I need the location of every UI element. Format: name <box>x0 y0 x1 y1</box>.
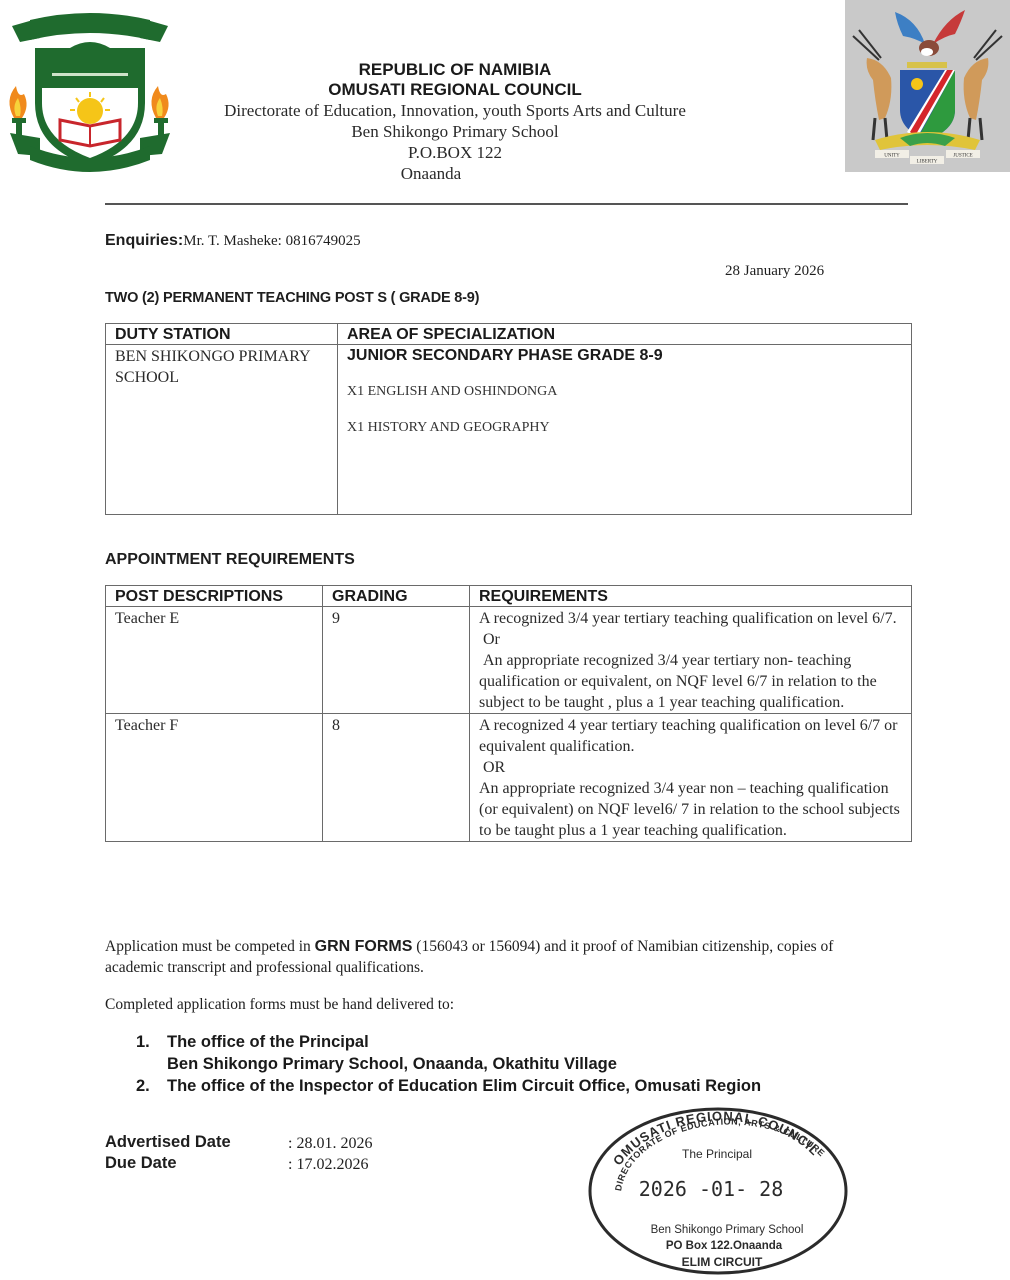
header-town: Onaanda <box>0 164 936 184</box>
duty-station-table: DUTY STATION AREA OF SPECIALIZATION BEN … <box>105 323 912 515</box>
appointment-title: APPOINTMENT REQUIREMENTS <box>105 551 355 569</box>
requirements-table: POST DESCRIPTIONS GRADING REQUIREMENTS T… <box>105 585 912 842</box>
duty-station-value: BEN SHIKONGO PRIMARY SCHOOL <box>106 345 338 515</box>
advertised-date-label: Advertised Date <box>105 1133 231 1152</box>
stamp-circuit: ELIM CIRCUIT <box>682 1255 763 1269</box>
due-date-value: : 17.02.2026 <box>288 1154 368 1175</box>
header-school: Ben Shikongo Primary School <box>0 122 960 142</box>
enquiries: Enquiries:Mr. T. Masheke: 0816749025 <box>105 230 361 252</box>
header-directorate: Directorate of Education, Innovation, yo… <box>0 101 960 121</box>
col-requirements: REQUIREMENTS <box>470 586 912 607</box>
post-grading: 8 <box>323 714 470 842</box>
delivery-item: 1. The office of the Principal Ben Shiko… <box>136 1031 761 1075</box>
header-council: OMUSATI REGIONAL COUNCIL <box>0 80 960 100</box>
req-table-header: POST DESCRIPTIONS GRADING REQUIREMENTS <box>106 586 912 607</box>
col-grading: GRADING <box>323 586 470 607</box>
delivery-list: 1. The office of the Principal Ben Shiko… <box>136 1031 761 1097</box>
requirement-text: A recognized 4 year tertiary teaching qu… <box>479 715 907 757</box>
specialization-title: JUNIOR SECONDARY PHASE GRADE 8-9 <box>347 346 911 365</box>
due-date-label: Due Date <box>105 1154 177 1173</box>
stamp-role: The Principal <box>682 1147 752 1161</box>
post-grading: 9 <box>323 607 470 714</box>
requirement-text: A recognized 3/4 year tertiary teaching … <box>479 608 907 629</box>
header-po-box: P.O.BOX 122 <box>0 143 960 163</box>
requirement-text: An appropriate recognized 3/4 year terti… <box>479 650 907 713</box>
post-name: Teacher F <box>106 714 323 842</box>
table-row: BEN SHIKONGO PRIMARY SCHOOL JUNIOR SECON… <box>106 345 912 515</box>
requirement-or: Or <box>479 629 907 650</box>
post-requirements: A recognized 3/4 year tertiary teaching … <box>470 607 912 714</box>
letter-date: 28 January 2026 <box>725 261 824 282</box>
duty-table-header: DUTY STATION AREA OF SPECIALIZATION <box>106 324 912 345</box>
post-name: Teacher E <box>106 607 323 714</box>
stamp-address: PO Box 122.Onaanda <box>666 1240 783 1252</box>
delivery-intro: Completed application forms must be hand… <box>105 994 454 1015</box>
stamp-date: 2026 -01- 28 <box>639 1177 784 1201</box>
requirement-or: OR <box>479 757 907 778</box>
posts-title: TWO (2) PERMANENT TEACHING POST S ( GRAD… <box>105 290 479 306</box>
header-country: REPUBLIC OF NAMIBIA <box>0 60 960 80</box>
col-post-descriptions: POST DESCRIPTIONS <box>106 586 323 607</box>
grn-forms: GRN FORMS <box>315 938 413 955</box>
requirement-text: An appropriate recognized 3/4 year non –… <box>479 778 907 841</box>
advertised-date-value: : 28.01. 2026 <box>288 1133 372 1154</box>
subject-item: X1 HISTORY AND GEOGRAPHY <box>347 418 911 437</box>
application-instructions: Application must be competed in GRN FORM… <box>105 936 895 978</box>
col-duty-station: DUTY STATION <box>106 324 338 345</box>
enquiries-value: Mr. T. Masheke: 0816749025 <box>183 233 360 249</box>
official-stamp: OMUSATI REGIONAL COUNCIL DIRECTORATE OF … <box>587 1105 849 1275</box>
specialization-cell: JUNIOR SECONDARY PHASE GRADE 8-9 X1 ENGL… <box>338 345 912 515</box>
delivery-item: 2. The office of the Inspector of Educat… <box>136 1075 761 1097</box>
post-requirements: A recognized 4 year tertiary teaching qu… <box>470 714 912 842</box>
table-row: Teacher F 8 A recognized 4 year tertiary… <box>106 714 912 842</box>
table-row: Teacher E 9 A recognized 3/4 year tertia… <box>106 607 912 714</box>
col-area-of-specialization: AREA OF SPECIALIZATION <box>338 324 912 345</box>
header-divider <box>105 203 908 205</box>
enquiries-label: Enquiries: <box>105 232 183 249</box>
stamp-school: Ben Shikongo Primary School <box>651 1224 804 1236</box>
subject-item: X1 ENGLISH AND OSHINDONGA <box>347 382 911 401</box>
